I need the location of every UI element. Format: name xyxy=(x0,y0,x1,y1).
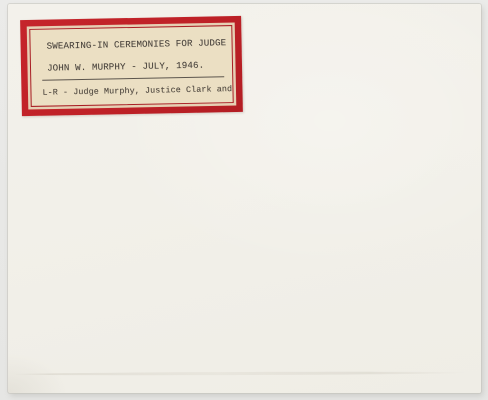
label-divider-rule xyxy=(42,76,224,80)
caption-label-panel: SWEARING-IN CEREMONIES FOR JUDGE JOHN W.… xyxy=(29,25,233,107)
photo-back-paper: SWEARING-IN CEREMONIES FOR JUDGE JOHN W.… xyxy=(8,4,481,393)
scanned-photo-back: SWEARING-IN CEREMONIES FOR JUDGE JOHN W.… xyxy=(0,0,488,400)
label-title-line2: JOHN W. MURPHY - JULY, 1946. xyxy=(47,59,226,73)
label-title-line1: SWEARING-IN CEREMONIES FOR JUDGE xyxy=(46,37,225,51)
caption-label-frame: SWEARING-IN CEREMONIES FOR JUDGE JOHN W.… xyxy=(20,16,243,116)
paper-crease xyxy=(12,371,471,376)
label-caption-line1: L-R - Judge Murphy, Justice Clark and xyxy=(42,84,227,99)
corner-shadow xyxy=(8,353,68,393)
label-caption-line2: Chief Justice xyxy=(43,102,228,107)
